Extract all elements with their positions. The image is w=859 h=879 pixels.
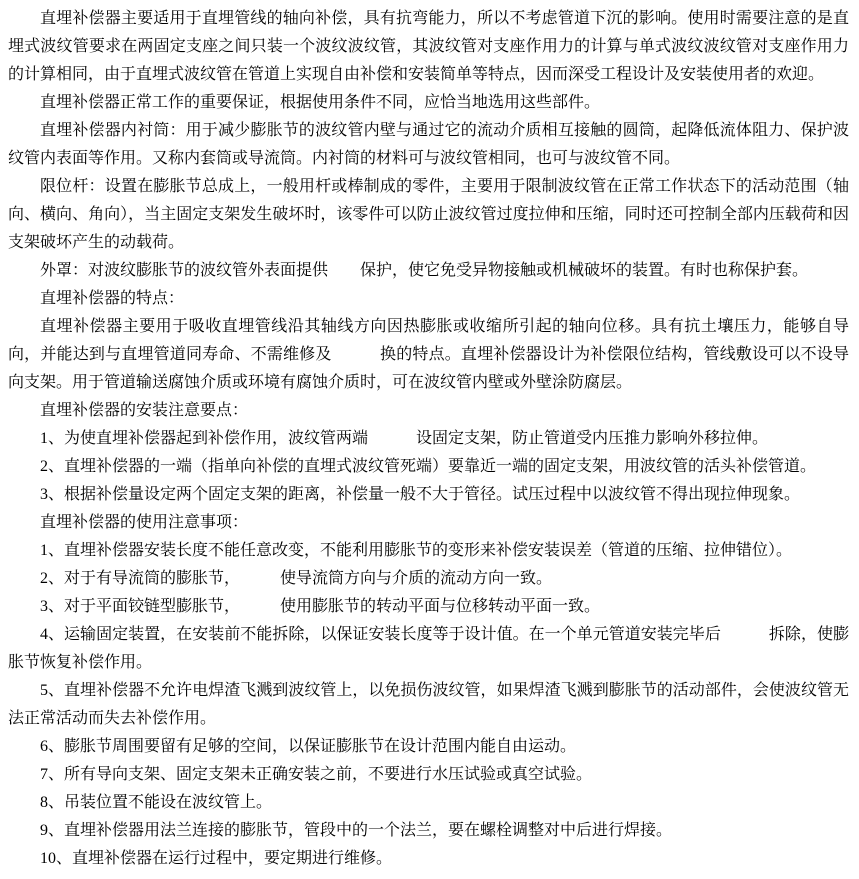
list-item-usage-6: 6、膨胀节周围要留有足够的空间，以保证膨胀节在设计范围内能自由运动。 <box>8 733 849 761</box>
section-heading-install-points: 直埋补偿器的安装注意要点： <box>8 397 849 425</box>
list-item-usage-5: 5、直埋补偿器不允许电焊渣飞溅到波纹管上，以免损伤波纹管，如果焊渣飞溅到膨胀节的… <box>8 677 849 733</box>
list-item-usage-10: 10、直埋补偿器在运行过程中，要定期进行维修。 <box>8 845 849 873</box>
list-item-install-3: 3、根据补偿量设定两个固定支架的距离，补偿量一般不大于管径。试压过程中以波纹管不… <box>8 481 849 509</box>
list-item-usage-1: 1、直埋补偿器安装长度不能任意改变，不能利用膨胀节的变形来补偿安装误差（管道的压… <box>8 537 849 565</box>
paragraph-outer-cover: 外罩：对波纹膨胀节的波纹管外表面提供 保护，使它免受异物接触或机械破坏的装置。有… <box>8 257 849 285</box>
list-item-usage-9: 9、直埋补偿器用法兰连接的膨胀节，管段中的一个法兰，要在螺栓调整对中后进行焊接。 <box>8 817 849 845</box>
paragraph-features-body: 直埋补偿器主要用于吸收直埋管线沿其轴线方向因热膨胀或收缩所引起的轴向位移。具有抗… <box>8 313 849 397</box>
list-item-usage-2: 2、对于有导流筒的膨胀节， 使导流筒方向与介质的流动方向一致。 <box>8 565 849 593</box>
list-item-usage-8: 8、吊装位置不能设在波纹管上。 <box>8 789 849 817</box>
list-item-usage-3: 3、对于平面铰链型膨胀节， 使用膨胀节的转动平面与位移转动平面一致。 <box>8 593 849 621</box>
list-item-usage-4: 4、运输固定装置，在安装前不能拆除，以保证安装长度等于设计值。在一个单元管道安装… <box>8 621 849 677</box>
paragraph-intro: 直埋补偿器主要适用于直埋管线的轴向补偿，具有抗弯能力，所以不考虑管道下沉的影响。… <box>8 5 849 89</box>
paragraph: 直埋补偿器正常工作的重要保证，根据使用条件不同，应恰当地选用这些部件。 <box>8 89 849 117</box>
paragraph-inner-liner: 直埋补偿器内衬筒：用于减少膨胀节的波纹管内壁与通过它的流动介质相互接触的圆筒，起… <box>8 117 849 173</box>
list-item-usage-7: 7、所有导向支架、固定支架未正确安装之前，不要进行水压试验或真空试验。 <box>8 761 849 789</box>
list-item-install-2: 2、直埋补偿器的一端（指单向补偿的直埋式波纹管死端）要靠近一端的固定支架，用波纹… <box>8 453 849 481</box>
section-heading-usage-notes: 直埋补偿器的使用注意事项： <box>8 509 849 537</box>
document-page: 直埋补偿器主要适用于直埋管线的轴向补偿，具有抗弯能力，所以不考虑管道下沉的影响。… <box>0 0 859 879</box>
list-item-install-1: 1、为使直埋补偿器起到补偿作用，波纹管两端 设固定支架，防止管道受内压推力影响外… <box>8 425 849 453</box>
paragraph-limit-rod: 限位杆：设置在膨胀节总成上，一般用杆或棒制成的零件，主要用于限制波纹管在正常工作… <box>8 173 849 257</box>
section-heading-features: 直埋补偿器的特点： <box>8 285 849 313</box>
